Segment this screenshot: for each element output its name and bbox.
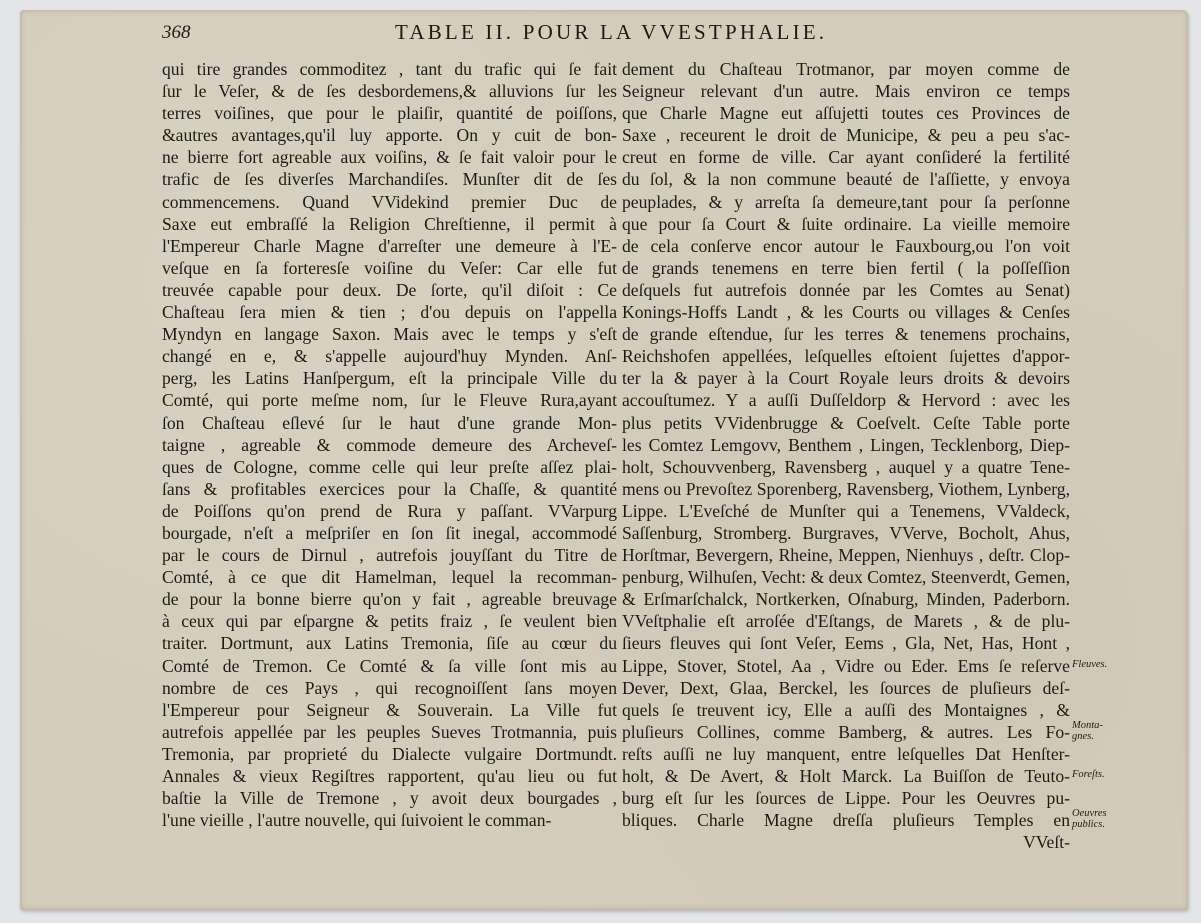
margin-note: publics. [1072, 819, 1105, 830]
text-line: à ceux qui par eſpargne & petits fraiz ,… [162, 610, 617, 632]
text-line: Comté, qui porte meſme nom, ſur le Fleuv… [162, 389, 617, 411]
text-line: ques de Cologne, comme celle qui leur pr… [162, 456, 617, 478]
text-line: mens ou Prevoſtez Sporenberg, Ravensberg… [622, 478, 1070, 500]
text-line: Comté de Tremon. Ce Comté & ſa ville ſon… [162, 655, 617, 677]
text-line: holt, Schouvvenberg, Ravensberg , auquel… [622, 456, 1070, 478]
text-line: reſts auſſi ne luy manquent, entre leſqu… [622, 743, 1070, 765]
text-line: Comté, à ce que dit Hamelman, lequel la … [162, 566, 617, 588]
text-line: Dever, Dext, Glaa, Berckel, les ſources … [622, 677, 1070, 699]
text-line: trafic de ſes diverſes Marchandiſes. Mun… [162, 168, 617, 190]
text-line: nombre de ces Pays , qui recognoiſſent ſ… [162, 677, 617, 699]
left-text-column: qui tire grandes commoditez , tant du tr… [162, 58, 617, 831]
text-line: Saſſenburg, Stromberg. Burgraves, VVerve… [622, 522, 1070, 544]
text-line: &autres avantages,qu'il luy apporte. On … [162, 124, 617, 146]
text-line: autrefois appellée par les peuples Sueve… [162, 721, 617, 743]
text-line: commencemens. Quand VVidekind premier Du… [162, 191, 617, 213]
text-line: qui tire grandes commoditez , tant du tr… [162, 58, 617, 80]
text-line: traiter. Dortmunt, aux Latins Tremonia, … [162, 632, 617, 654]
margin-note: Monta- [1072, 720, 1103, 731]
text-line: Tremonia, par proprieté du Dialecte vulg… [162, 743, 617, 765]
text-line: Saxe , receurent le droit de Municipe, &… [622, 124, 1070, 146]
text-line: l'Empereur Charle Magne d'arreſter une d… [162, 235, 617, 257]
text-line: pluſieurs Collines, comme Bamberg, & aut… [622, 721, 1070, 743]
text-line: que Charle Magne eut aſſujetti toutes ce… [622, 102, 1070, 124]
text-line: dement du Chaſteau Trotmanor, par moyen … [622, 58, 1070, 80]
text-line: terres voiſines, que pour le plaiſir, qu… [162, 102, 617, 124]
text-line: bliques. Charle Magne dreſſa pluſieurs T… [622, 809, 1070, 831]
text-line: burg eſt ſur les ſources de Lippe. Pour … [622, 787, 1070, 809]
text-line: Lippe. L'Eveſché de Munſter qui a Teneme… [622, 500, 1070, 522]
text-line: Saxe eut embraſſé la Religion Chreſtienn… [162, 213, 617, 235]
text-line: creut en forme de ville. Car ayant conſi… [622, 146, 1070, 168]
text-line: par le cours de Dirnul , autrefois jouyſ… [162, 544, 617, 566]
margin-note: Oeuvres [1072, 808, 1107, 819]
text-line: de cela conſerve encor autour le Fauxbou… [622, 235, 1070, 257]
text-line: holt, & De Avert, & Holt Marck. La Buiſſ… [622, 765, 1070, 787]
text-line: taigne , agreable & commode demeure des … [162, 434, 617, 456]
text-line: plus petits VVidenbrugge & Coeſvelt. Ceſ… [622, 412, 1070, 434]
text-line: ſon Chaſteau eſlevé ſur le haut d'une gr… [162, 412, 617, 434]
text-line: treuvée capable pour deux. De ſorte, qu'… [162, 279, 617, 301]
text-line: ter la & payer à la Court Royale leurs d… [622, 367, 1070, 389]
text-line: quels ſe treuvent icy, Elle a auſſi des … [622, 699, 1070, 721]
right-text-column: dement du Chaſteau Trotmanor, par moyen … [622, 58, 1070, 853]
text-line: bourgade, n'eſt a meſpriſer en ſon ſit i… [162, 522, 617, 544]
text-line: Lippe, Stover, Stotel, Aa , Vidre ou Ede… [622, 655, 1070, 677]
text-line: ſur le Veſer, & de ſes desbordemens,& al… [162, 80, 617, 102]
text-line: de pour la bonne bierre qu'on y fait , a… [162, 588, 617, 610]
text-line: l'une vieille , l'autre nouvelle, qui ſu… [162, 809, 617, 831]
text-line: peuplades, & y arreſta ſa demeure,tant p… [622, 191, 1070, 213]
text-line: veſque en ſa forteresſe voiſine du Veſer… [162, 257, 617, 279]
margin-note: Fleuves. [1072, 659, 1107, 670]
text-line: penburg, Wilhuſen, Vecht: & deux Comtez,… [622, 566, 1070, 588]
running-title: TABLE II. POUR LA VVESTPHALIE. [395, 20, 827, 45]
margin-note: Foreſts. [1072, 769, 1105, 780]
text-line: de Poiſſons qu'on prend de Rura y paſſan… [162, 500, 617, 522]
text-line: changé en e, & s'appelle aujourd'huy Myn… [162, 345, 617, 367]
text-line: ſans & profitables exercices pour la Cha… [162, 478, 617, 500]
text-line: ne bierre fort agreable aux voiſins, & ſ… [162, 146, 617, 168]
text-line: du ſol, & la non commune beauté de l'aſſ… [622, 168, 1070, 190]
text-line: ſieurs fleuves qui ſont Veſer, Eems , Gl… [622, 632, 1070, 654]
text-line: Chaſteau ſera mien & tien ; d'ou depuis … [162, 301, 617, 323]
text-line: VVeſtphalie eſt arroſée d'Eſtangs, de Ma… [622, 610, 1070, 632]
page-number: 368 [162, 22, 191, 44]
text-line: baſtie la Ville de Tremone , y avoit deu… [162, 787, 617, 809]
text-line: deſquels fut autrefois donnée par les Co… [622, 279, 1070, 301]
text-line: de grande eſtendue, ſur les terres & ten… [622, 323, 1070, 345]
text-line: Seigneur relevant d'un autre. Mais envir… [622, 80, 1070, 102]
text-line: Horſtmar, Bevergern, Rheine, Meppen, Nie… [622, 544, 1070, 566]
text-line: que pour ſa Court & ſuite ordinaire. La … [622, 213, 1070, 235]
text-line: Annales & vieux Regiſtres rapportent, qu… [162, 765, 617, 787]
text-line: Myndyn en langage Saxon. Mais avec le te… [162, 323, 617, 345]
margin-note: gnes. [1072, 731, 1094, 742]
text-line: accouſtumez. Y a auſſi Duſſeldorp & Herv… [622, 389, 1070, 411]
text-line: l'Empereur pour Seigneur & Souverain. La… [162, 699, 617, 721]
text-line: les Comtez Lemgovv, Benthem , Lingen, Te… [622, 434, 1070, 456]
text-line: perg, les Latins Hanſpergum, eſt la prin… [162, 367, 617, 389]
text-line: Konings-Hoffs Landt , & les Courts ou vi… [622, 301, 1070, 323]
text-line: VVeſt- [622, 831, 1070, 853]
text-line: & Erſmarſchalck, Nortkerken, Oſnaburg, M… [622, 588, 1070, 610]
text-line: Reichshofen appellées, leſquelles eſtoie… [622, 345, 1070, 367]
text-line: de grands tenemens en terre bien fertil … [622, 257, 1070, 279]
